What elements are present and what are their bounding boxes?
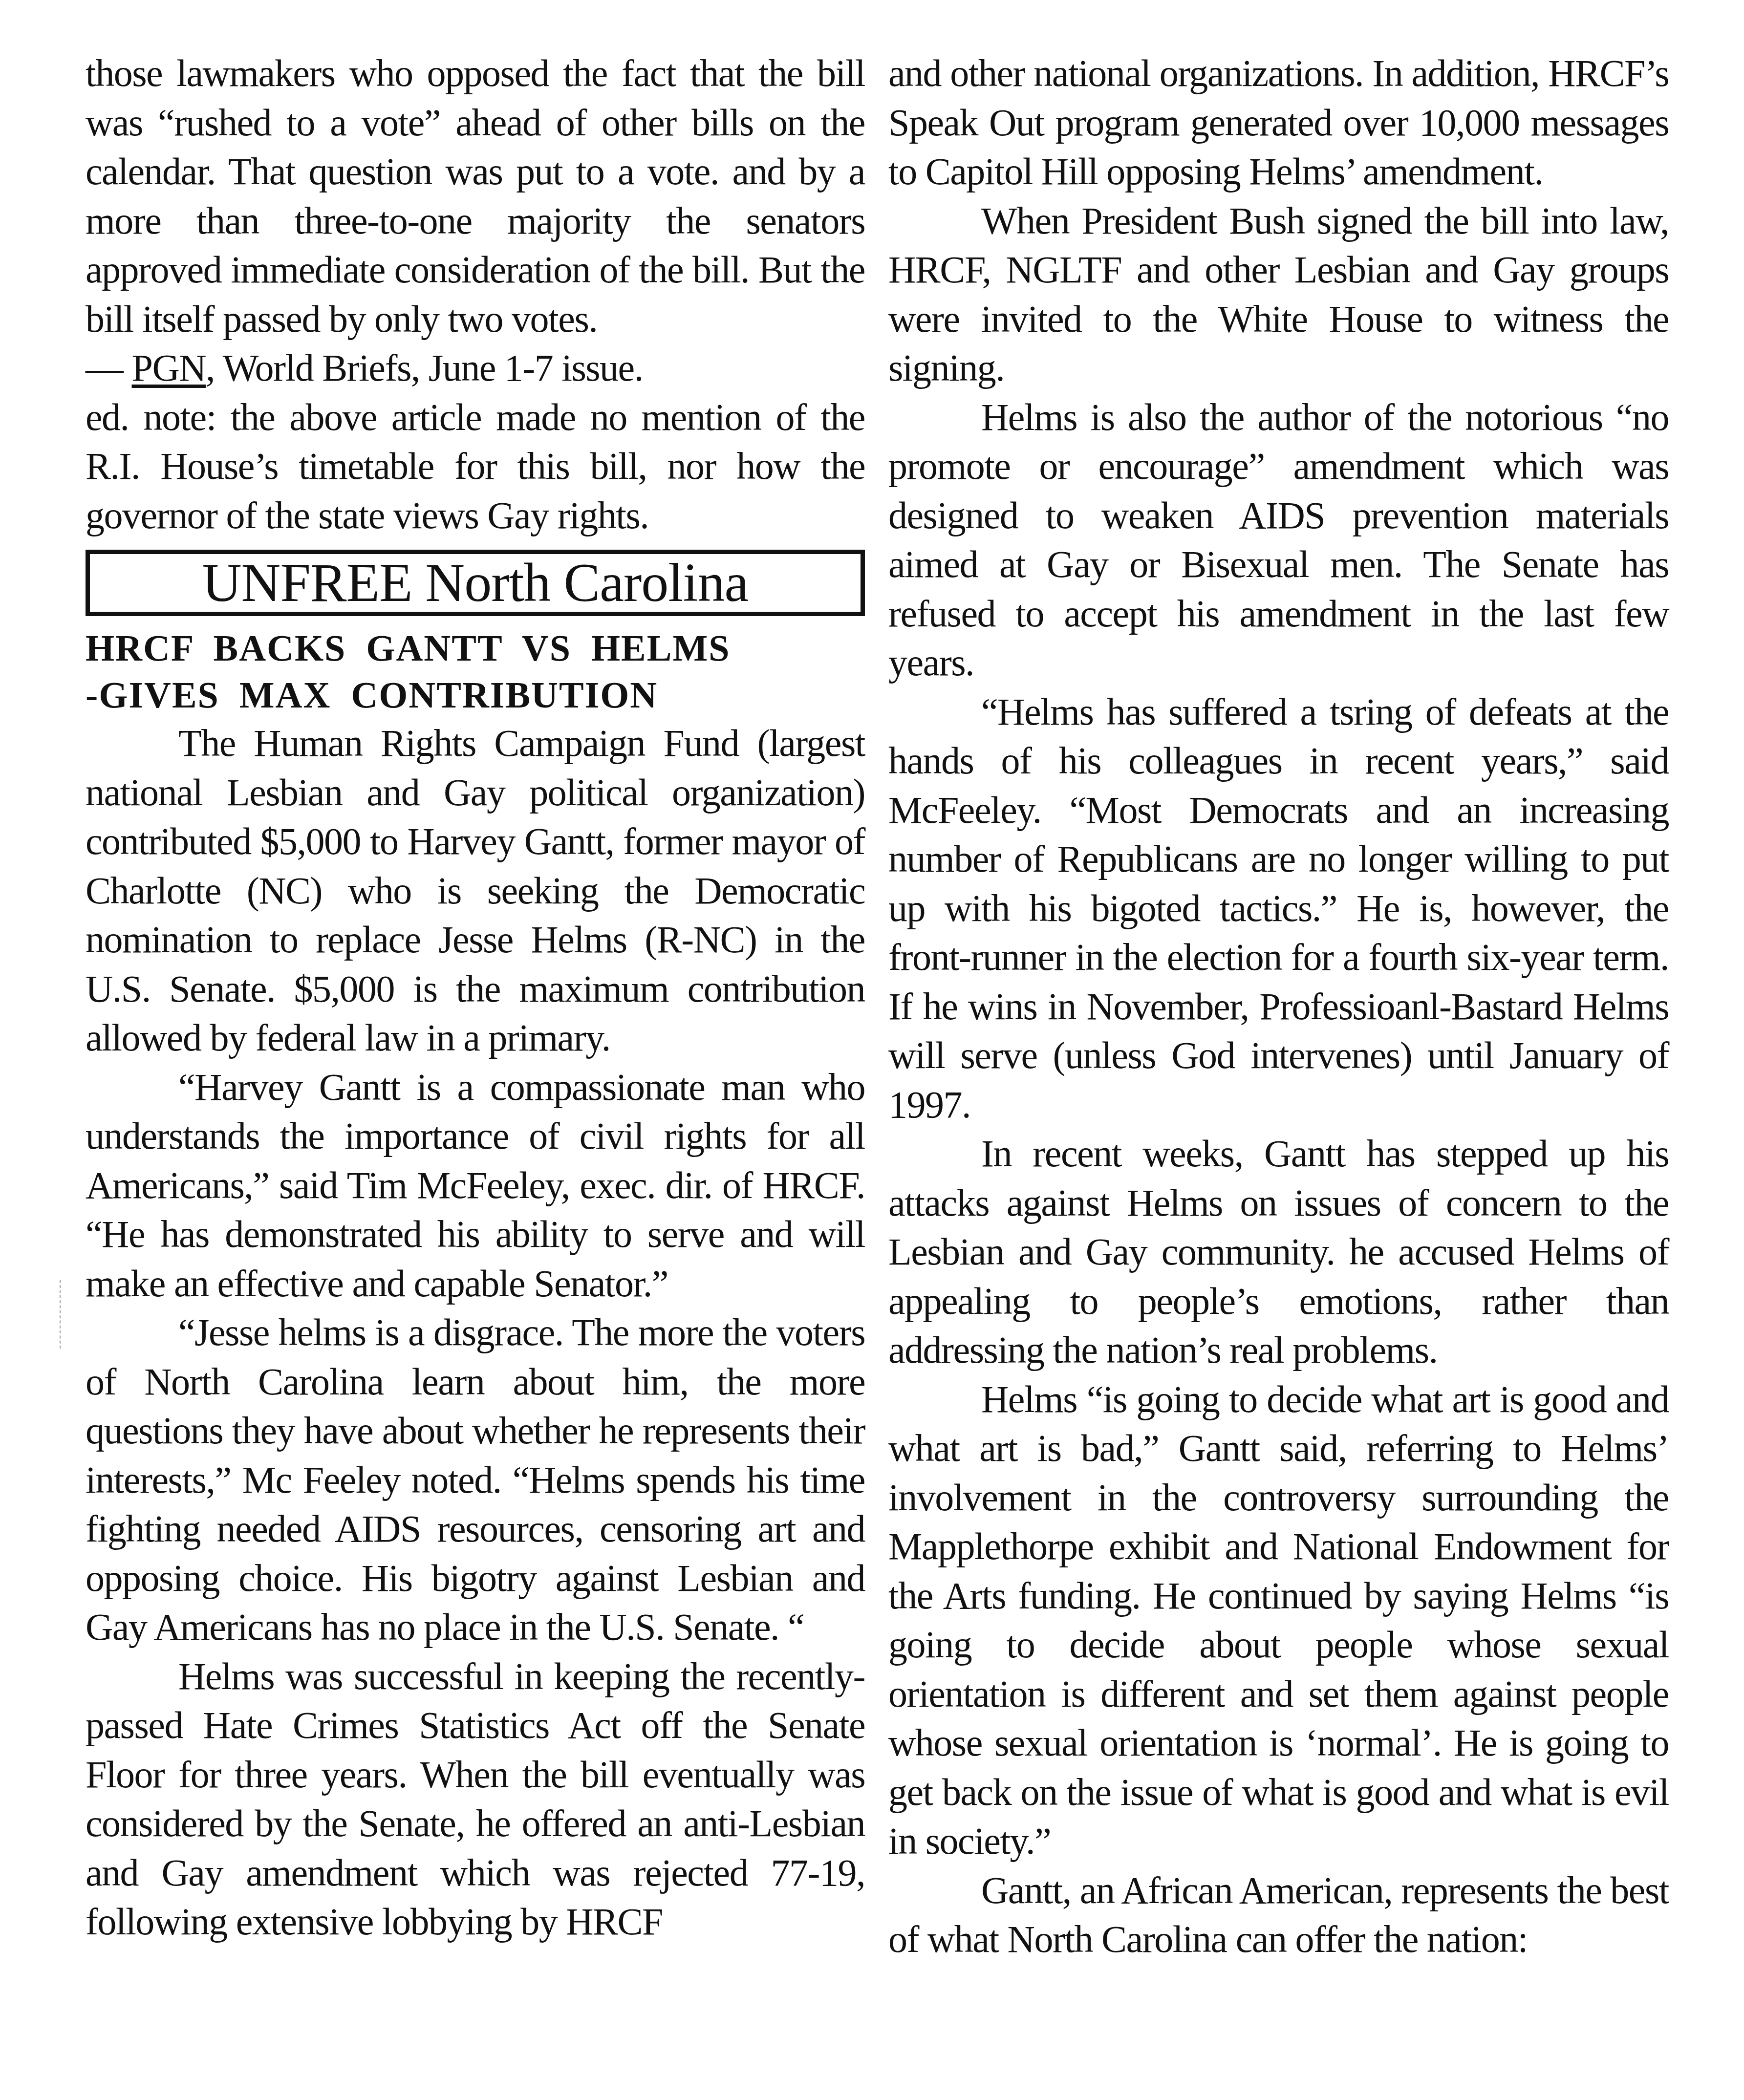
document-page: those lawmakers who opposed the fact tha… <box>0 0 1744 2100</box>
article-paragraph: “Helms has suffered a tsring of defeats … <box>888 687 1669 1130</box>
article-headline: HRCF BACKS GANTT VS HELMS-GIVES MAX CONT… <box>86 625 865 719</box>
section-title: UNFREE North Carolina <box>202 554 749 612</box>
article-paragraph: “Harvey Gantt is a compassionate man who… <box>86 1063 865 1308</box>
editor-note: ed. note: the above article made no ment… <box>86 393 865 540</box>
source-citation: — PGN, World Briefs, June 1-7 issue. <box>86 343 865 393</box>
headline-line-1: HRCF BACKS GANTT VS HELMS <box>86 628 731 669</box>
margin-scan-mark <box>60 1280 63 1349</box>
left-column: those lawmakers who opposed the fact tha… <box>86 49 865 1947</box>
section-title-box: UNFREE North Carolina <box>86 550 865 616</box>
article-paragraph: Helms was successful in keeping the rece… <box>86 1652 865 1947</box>
article-paragraph: Helms “is going to decide what art is go… <box>888 1375 1669 1866</box>
source-publication: PGN <box>132 346 206 389</box>
article-paragraph: “Jesse helms is a disgrace. The more the… <box>86 1308 865 1652</box>
continuation-paragraph: those lawmakers who opposed the fact tha… <box>86 49 865 343</box>
continuation-paragraph: and other national organizations. In add… <box>888 49 1669 196</box>
article-paragraph: Gantt, an African American, represents t… <box>888 1866 1669 1964</box>
headline-line-2: -GIVES MAX CONTRIBUTION <box>86 675 658 716</box>
article-paragraph: Helms is also the author of the notoriou… <box>888 393 1669 687</box>
article-paragraph: In recent weeks, Gantt has stepped up hi… <box>888 1129 1669 1375</box>
right-column: and other national organizations. In add… <box>888 49 1669 1964</box>
source-dash: — <box>86 346 132 389</box>
source-details: , World Briefs, June 1-7 issue. <box>206 346 643 389</box>
article-paragraph: The Human Rights Campaign Fund (largest … <box>86 719 865 1063</box>
article-paragraph: When President Bush signed the bill into… <box>888 196 1669 393</box>
